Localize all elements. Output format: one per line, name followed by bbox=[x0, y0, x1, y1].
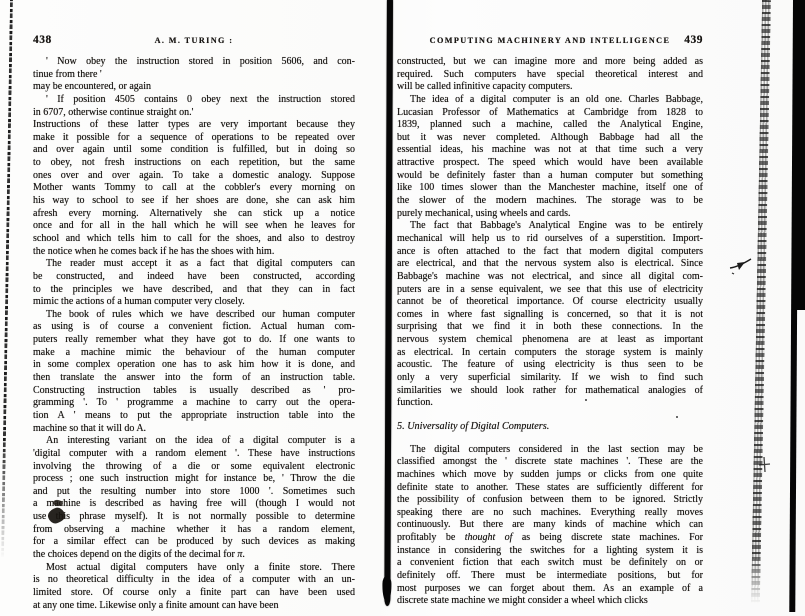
text-line: process ; one such instruction might for… bbox=[33, 473, 355, 486]
text-line: and over again until some condition is f… bbox=[33, 144, 355, 157]
text-line: mimic the actions of a human computer ve… bbox=[33, 296, 355, 309]
text-line: at any one time. Likewise only a finite … bbox=[33, 600, 355, 613]
text-line: most purposes we can forget about them. … bbox=[397, 583, 703, 596]
text-line: The fact that Babbage's Analytical Engin… bbox=[397, 220, 703, 233]
text-line: are electrical, and that the nervous sys… bbox=[397, 258, 703, 271]
text-line: his way to school to see if her shoes ar… bbox=[33, 195, 355, 208]
text-line: in 6707, otherwise continue straight on.… bbox=[33, 107, 355, 120]
section-heading: 5. Universality of Digital Computers. bbox=[397, 421, 703, 434]
text-line: function. bbox=[397, 397, 703, 410]
text-line: Most actual digital computers have only … bbox=[33, 562, 355, 575]
text-line: Babbage's machine was not electrical, an… bbox=[397, 271, 703, 284]
text-line: purely mechanical, using wheels and card… bbox=[397, 208, 703, 221]
text-line: Mother wants Tommy to call at the cobble… bbox=[33, 182, 355, 195]
text-line: puters really remember what they have go… bbox=[33, 334, 355, 347]
text-line: Instructions of these latter types are v… bbox=[33, 119, 355, 132]
scanned-book-spread: 438 A. M. TURING : ' Now obey the instru… bbox=[0, 0, 805, 616]
text-line: as using is of course a convenient ficti… bbox=[33, 321, 355, 334]
text-line: is no theoretical difficulty in the idea… bbox=[33, 574, 355, 587]
pencil-arrow-icon bbox=[729, 254, 753, 276]
text-line: Lucasian Professor of Mathematics at Cam… bbox=[397, 107, 703, 120]
text-line: but it was never completed. Although Bab… bbox=[397, 132, 703, 145]
text-line: use this phrase myself). It is not norma… bbox=[33, 511, 355, 524]
text-line: may be encountered, or again bbox=[33, 81, 355, 94]
text-line: 'digital computer with a random element … bbox=[33, 448, 355, 461]
text-line: limited store. Of course only a finite p… bbox=[33, 587, 355, 600]
text-line: tinue from there ' bbox=[33, 69, 355, 82]
text-line: attractive prospect. The speed which wou… bbox=[397, 157, 703, 170]
text-line: the choices depend on the digits of the … bbox=[33, 549, 355, 562]
text-line: machine so that it will do A. bbox=[33, 423, 355, 436]
text-line: comes in where fast signalling is concer… bbox=[397, 309, 703, 322]
page-header-right: COMPUTING MACHINERY AND INTELLIGENCE 439 bbox=[397, 34, 703, 48]
text-line: essential ideas, his machine was not at … bbox=[397, 144, 703, 157]
text-line: surprising that we find it in both these… bbox=[397, 321, 703, 334]
page-header-left: 438 A. M. TURING : bbox=[33, 34, 355, 48]
text-line: involving the throwing of a die or some … bbox=[33, 461, 355, 474]
text-line: to the principles we have described, and… bbox=[33, 284, 355, 297]
page-438: 438 A. M. TURING : ' Now obey the instru… bbox=[33, 34, 355, 612]
text-line: be constructed, and indeed have been con… bbox=[33, 271, 355, 284]
text-line: similarities we should look rather for m… bbox=[397, 385, 703, 398]
page-number-left: 438 bbox=[33, 34, 52, 46]
scanner-edge-noise-left bbox=[1, 0, 13, 564]
text-line: school and which tells him to call for t… bbox=[33, 233, 355, 246]
text-line: then translate the answer into the form … bbox=[33, 372, 355, 385]
text-line: make a machine mimic the behaviour of th… bbox=[33, 347, 355, 360]
text-line: definite state to another. These states … bbox=[397, 482, 703, 495]
text-line: discrete state machine we might consider… bbox=[397, 595, 703, 608]
text-line: the notice when he comes back if he has … bbox=[33, 246, 355, 259]
running-head-right: COMPUTING MACHINERY AND INTELLIGENCE bbox=[430, 36, 671, 45]
text-line: like 100 times slower than the Mancheste… bbox=[397, 182, 703, 195]
text-line: ance is often attached to the fact that … bbox=[397, 246, 703, 259]
speckle-dot bbox=[78, 312, 80, 314]
text-line: the possibility of confusion between the… bbox=[397, 494, 703, 507]
running-head-left: A. M. TURING : bbox=[155, 36, 234, 45]
text-line: as electrical. In certain computers the … bbox=[397, 347, 703, 360]
text-line: gramming '. To ' programme a machine to … bbox=[33, 397, 355, 410]
text-line: ones over and over again. To take a dome… bbox=[33, 170, 355, 183]
speckle-dot bbox=[585, 399, 587, 401]
scan-black-edge-corner bbox=[797, 0, 805, 310]
text-line: constructed, but we can imagine more and… bbox=[397, 56, 703, 69]
text-line: for a similar effect can be produced by … bbox=[33, 536, 355, 549]
text-line: Constructing instruction tables is usual… bbox=[33, 385, 355, 398]
text-line: continuously. But there are many kinds o… bbox=[397, 519, 703, 532]
text-line: ' Now obey the instruction stored in pos… bbox=[33, 56, 355, 69]
text-line: afresh every morning. Alternatively she … bbox=[33, 208, 355, 221]
text-line: The book of rules which we have describe… bbox=[33, 309, 355, 322]
text-column-left: ' Now obey the instruction stored in pos… bbox=[33, 56, 355, 612]
text-line: An interesting variant on the idea of a … bbox=[33, 435, 355, 448]
text-line: puters are in a sense equivalent, we see… bbox=[397, 284, 703, 297]
text-line: 1839, planned such a machine, called the… bbox=[397, 119, 703, 132]
text-line: from observing a machine whether it has … bbox=[33, 524, 355, 537]
text-line: mechanical will help us to rid ourselves… bbox=[397, 233, 703, 246]
text-line: The reader must accept it as a fact that… bbox=[33, 258, 355, 271]
text-line: will be called infinitive capacity compu… bbox=[397, 81, 703, 94]
page-439: COMPUTING MACHINERY AND INTELLIGENCE 439… bbox=[397, 34, 703, 608]
text-line: in some complex operation one has to ask… bbox=[33, 359, 355, 372]
text-line: cannot be of theoretical importance. Of … bbox=[397, 296, 703, 309]
text-line: speaking there are no such machines. Eve… bbox=[397, 507, 703, 520]
text-line: profitably be thought of as being discre… bbox=[397, 532, 703, 545]
text-line: instance in considering the switches for… bbox=[397, 545, 703, 558]
text-line: machines which move by sudden jumps or c… bbox=[397, 469, 703, 482]
text-column-right: constructed, but we can imagine more and… bbox=[397, 56, 703, 608]
text-line: nervous system chemical phenomena are at… bbox=[397, 334, 703, 347]
text-line: make it possible for a sequence of opera… bbox=[33, 132, 355, 145]
text-line: and put the resulting number into store … bbox=[33, 486, 355, 499]
text-line: only a very superficial similarity. If w… bbox=[397, 372, 703, 385]
marginal-pencil-arrow-mark bbox=[729, 254, 753, 276]
text-line: classified amongst the ' discrete state … bbox=[397, 456, 703, 469]
text-line: definitely off. There must be intermedia… bbox=[397, 570, 703, 583]
speckle-dot bbox=[676, 416, 678, 418]
text-line: a machine is described as having free wi… bbox=[33, 498, 355, 511]
text-line: a convenient fiction that each switch mu… bbox=[397, 557, 703, 570]
text-line: The digital computers considered in the … bbox=[397, 444, 703, 457]
text-line: ' If position 4505 contains 0 obey next … bbox=[33, 94, 355, 107]
text-line: required. Such computers have special th… bbox=[397, 69, 703, 82]
text-line: would be definitely faster than a human … bbox=[397, 170, 703, 183]
text-line: acoustic. The feature of using electrici… bbox=[397, 359, 703, 372]
page-number-right: 439 bbox=[684, 34, 703, 46]
text-line: tion A ' means to put the appropriate in… bbox=[33, 410, 355, 423]
text-line: to obey, not fresh instructions on each … bbox=[33, 157, 355, 170]
text-line: once and for all in the hall which he wi… bbox=[33, 220, 355, 233]
text-line: The idea of a digital computer is an old… bbox=[397, 94, 703, 107]
scanner-edge-noise-right bbox=[751, 0, 771, 604]
text-line: the slower of the modern machines. The s… bbox=[397, 195, 703, 208]
book-spine-shadow bbox=[384, 0, 393, 606]
